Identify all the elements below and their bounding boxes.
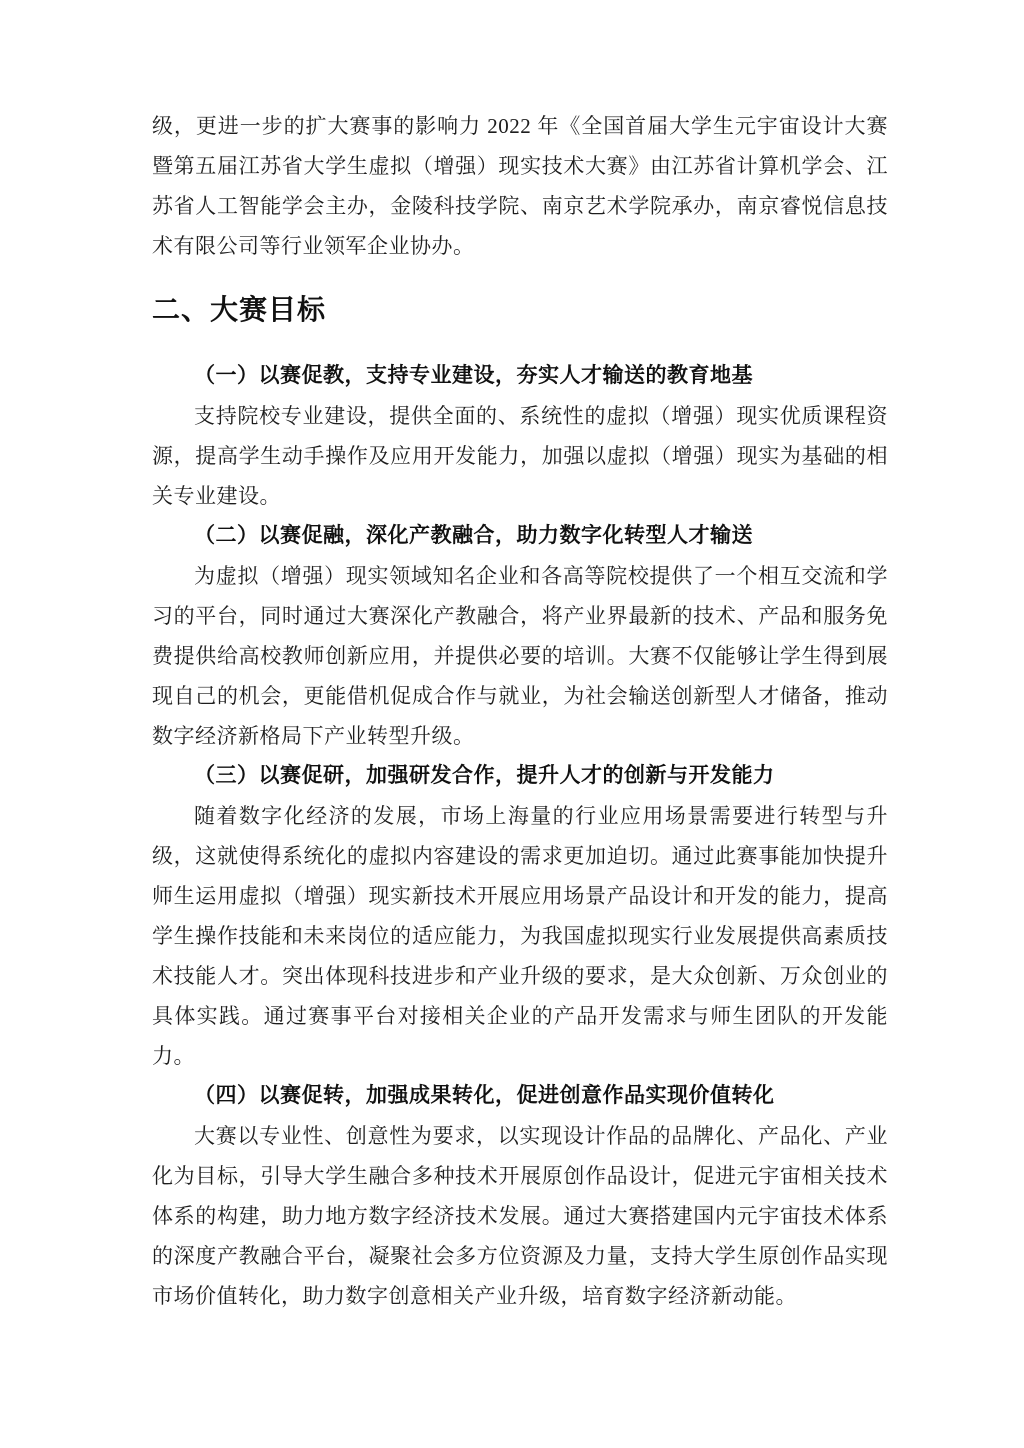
subsection-2-body: 为虚拟（增强）现实领域知名企业和各高等院校提供了一个相互交流和学习的平台，同时通… <box>152 556 888 756</box>
document-page: 级，更进一步的扩大赛事的影响力 2022 年《全国首届大学生元宇宙设计大赛暨第五… <box>0 0 1024 1448</box>
subsection-1-body: 支持院校专业建设，提供全面的、系统性的虚拟（增强）现实优质课程资源，提高学生动手… <box>152 396 888 516</box>
subsection-2-heading: （二）以赛促融，深化产教融合，助力数字化转型人才输送 <box>152 516 888 556</box>
section-heading: 二、大赛目标 <box>152 290 888 330</box>
subsection-4-body: 大赛以专业性、创意性为要求，以实现设计作品的品牌化、产品化、产业化为目标，引导大… <box>152 1116 888 1316</box>
subsection-3-heading: （三）以赛促研，加强研发合作，提升人才的创新与开发能力 <box>152 756 888 796</box>
subsection-4-heading: （四）以赛促转，加强成果转化，促进创意作品实现价值转化 <box>152 1076 888 1116</box>
continuation-paragraph: 级，更进一步的扩大赛事的影响力 2022 年《全国首届大学生元宇宙设计大赛暨第五… <box>152 106 888 266</box>
document-content: 级，更进一步的扩大赛事的影响力 2022 年《全国首届大学生元宇宙设计大赛暨第五… <box>152 106 888 1316</box>
subsection-3-body: 随着数字化经济的发展，市场上海量的行业应用场景需要进行转型与升级，这就使得系统化… <box>152 796 888 1076</box>
subsection-1-heading: （一）以赛促教，支持专业建设，夯实人才输送的教育地基 <box>152 356 888 396</box>
